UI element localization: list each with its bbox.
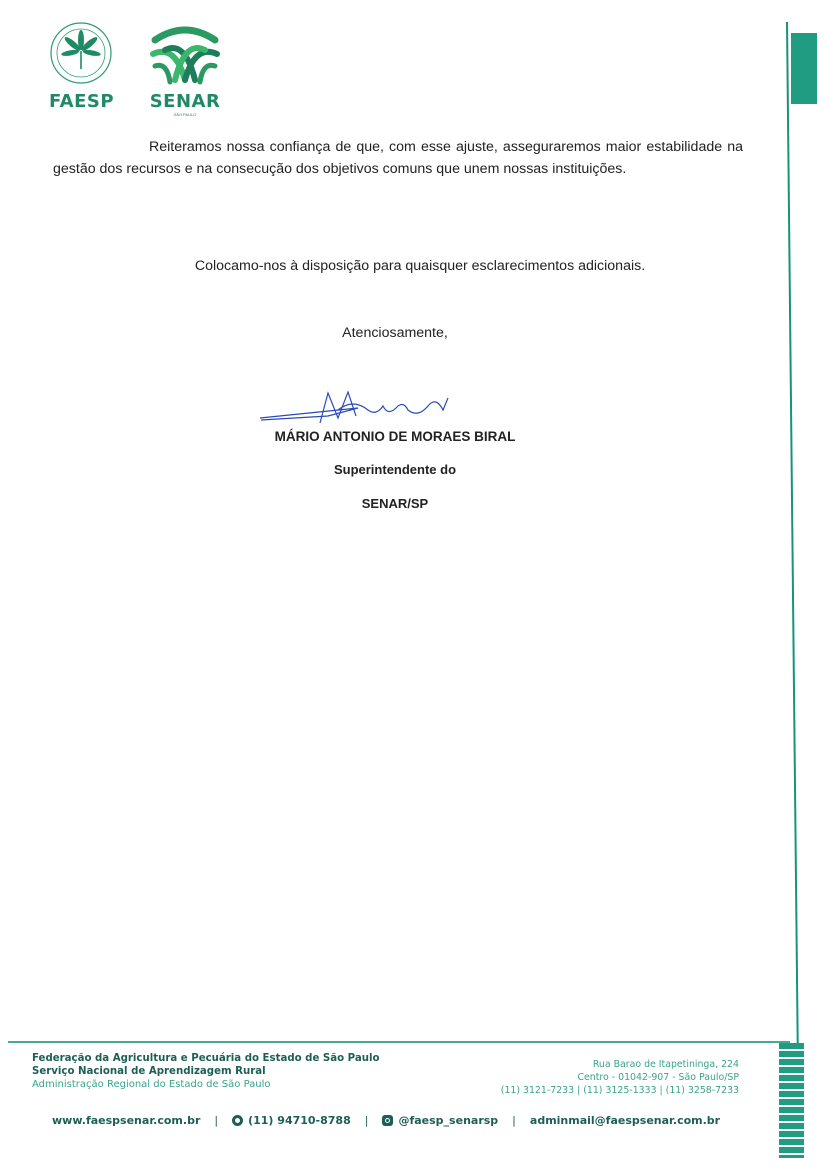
paragraph-reiteramos: Reiteramos nossa confiança de que, com e…	[53, 136, 743, 180]
email-link[interactable]: adminmail@faespsenar.com.br	[530, 1114, 720, 1127]
footer-org-line1: Federação da Agricultura e Pecuária do E…	[32, 1052, 379, 1065]
separator: |	[512, 1114, 516, 1127]
handwritten-signature	[258, 388, 468, 428]
footer-address: Rua Barao de Itapetininga, 224 Centro - …	[501, 1058, 739, 1097]
faesp-logo: FAESP	[44, 20, 119, 108]
closing: Atenciosamente,	[0, 325, 790, 341]
senar-wordmark: SENAR	[145, 91, 225, 112]
paragraph-disposicao: Colocamo-nos à disposição para quaisquer…	[0, 258, 827, 274]
instagram-icon	[382, 1115, 393, 1126]
footer-phones: (11) 3121-7233 | (11) 3125-1333 | (11) 3…	[501, 1084, 739, 1097]
signatory-title-line2: SENAR/SP	[0, 496, 790, 511]
signatory-title-line1: Superintendente do	[0, 462, 790, 477]
senar-emblem-icon	[145, 20, 225, 86]
footer-address-line1: Rua Barao de Itapetininga, 224	[501, 1058, 739, 1071]
senar-logo: SENAR SÃO PAULO	[145, 20, 225, 108]
footer-org-line3: Administração Regional do Estado de São …	[32, 1078, 379, 1091]
whatsapp-icon	[232, 1115, 243, 1126]
footer-address-line2: Centro - 01042-907 - São Paulo/SP	[501, 1071, 739, 1084]
separator: |	[214, 1114, 218, 1127]
footer-divider	[8, 1041, 790, 1043]
whatsapp-number[interactable]: (11) 94710-8788	[248, 1114, 351, 1127]
separator: |	[365, 1114, 369, 1127]
top-right-accent-block	[791, 33, 817, 104]
footer-contact-links: www.faespsenar.com.br | (11) 94710-8788 …	[52, 1114, 720, 1127]
faesp-wordmark: FAESP	[44, 91, 119, 112]
instagram-handle[interactable]: @faesp_senarsp	[398, 1114, 498, 1127]
bottom-right-striped-block	[779, 1043, 804, 1158]
footer-organization: Federação da Agricultura e Pecuária do E…	[32, 1052, 379, 1091]
signatory-name: MÁRIO ANTONIO DE MORAES BIRAL	[0, 429, 790, 444]
paragraph-text: Reiteramos nossa confiança de que, com e…	[53, 139, 743, 177]
website-link[interactable]: www.faespsenar.com.br	[52, 1114, 200, 1127]
senar-subtitle: SÃO PAULO	[145, 112, 225, 117]
faesp-emblem-icon	[44, 20, 119, 86]
footer-org-line2: Serviço Nacional de Aprendizagem Rural	[32, 1065, 379, 1078]
right-border-line	[786, 22, 799, 1044]
